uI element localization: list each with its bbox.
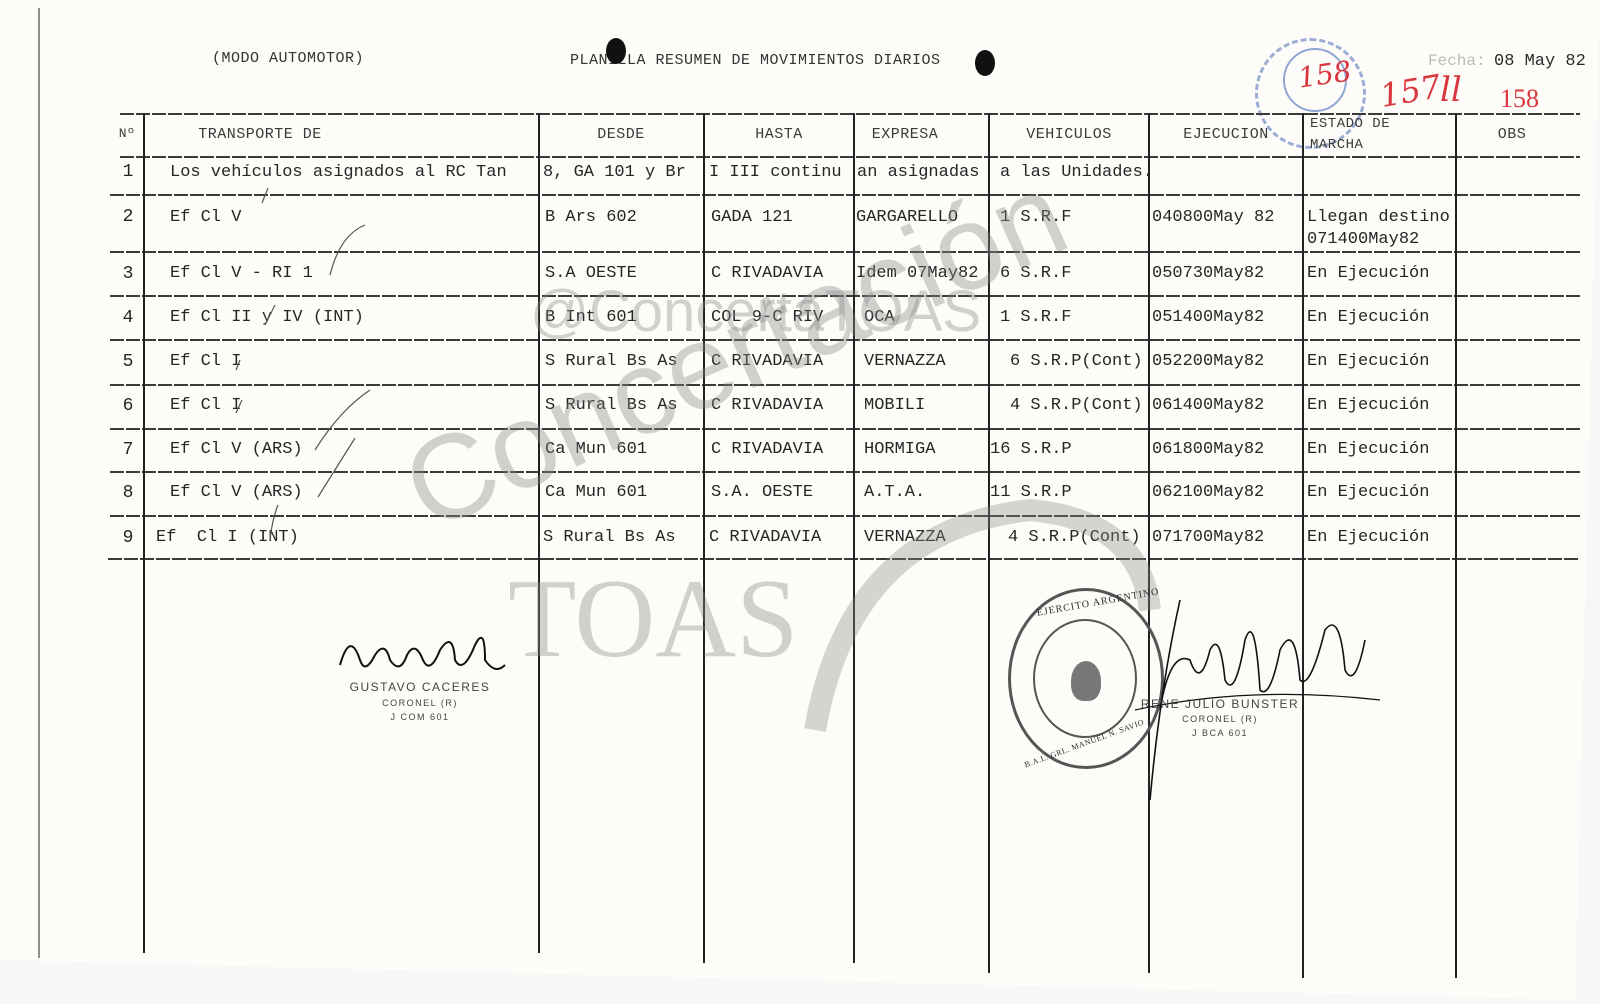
- cell-estado: En Ejecución: [1307, 308, 1429, 327]
- stamped-page-number: 158: [1500, 84, 1539, 114]
- column-divider: [143, 113, 145, 953]
- header-bottom-border: [120, 156, 1580, 158]
- cell-desde: S Rural Bs As: [543, 528, 676, 547]
- watermark-brand: TOAS: [508, 555, 798, 684]
- column-divider: [703, 113, 705, 963]
- coat-of-arms-icon: [1071, 661, 1101, 701]
- cell-ejecucion: 050730May82: [1152, 264, 1264, 283]
- cell-estado: En Ejecución: [1307, 264, 1429, 283]
- column-header-transporte: TRANSPORTE DE: [160, 126, 360, 143]
- column-header-desde: DESDE: [540, 126, 702, 143]
- row-number: 2: [114, 207, 142, 227]
- column-header-obs: OBS: [1457, 126, 1567, 143]
- row-number: 9: [114, 528, 142, 548]
- row-number: 1: [114, 162, 142, 182]
- handwritten-initials: ll: [1440, 70, 1462, 110]
- column-header-number: Nº: [112, 126, 142, 141]
- column-header-vehiculos: VEHICULOS: [990, 126, 1148, 143]
- handwritten-number: 157: [1377, 67, 1444, 115]
- signer-name: GUSTAVO CACERES: [340, 680, 500, 694]
- column-header-ejecucion: EJECUCION: [1150, 126, 1302, 143]
- row1-text-segment: I III continu: [709, 163, 842, 182]
- cell-estado-line2: 071400May82: [1307, 230, 1419, 249]
- mode-label: (MODO AUTOMOTOR): [212, 50, 364, 67]
- cell-vehiculos: 4 S.R.P(Cont): [1010, 396, 1143, 415]
- cell-vehiculos: 16 S.R.P: [990, 440, 1072, 459]
- cell-estado: En Ejecución: [1307, 483, 1429, 502]
- signer-rank: CORONEL (R): [1140, 714, 1300, 724]
- cell-ejecucion: 052200May82: [1152, 352, 1264, 371]
- cell-expresa: HORMIGA: [864, 440, 935, 459]
- column-header-expresa: EXPRESA: [855, 126, 955, 143]
- row-number: 3: [114, 264, 142, 284]
- cell-hasta: C RIVADAVIA: [711, 440, 823, 459]
- column-header-estado-line1: ESTADO DE: [1310, 116, 1450, 132]
- signer-name: RENE JULIO BUNSTER: [1140, 697, 1300, 711]
- column-divider: [1302, 113, 1304, 978]
- punch-hole: [606, 38, 626, 64]
- cell-estado: En Ejecución: [1307, 396, 1429, 415]
- cell-ejecucion: 061800May82: [1152, 440, 1264, 459]
- cell-hasta: GADA 121: [711, 208, 793, 227]
- cell-estado: Llegan destino: [1307, 208, 1450, 227]
- cell-ejecucion: 051400May82: [1152, 308, 1264, 327]
- row-number: 6: [114, 396, 142, 416]
- punch-hole: [975, 50, 995, 76]
- cell-vehiculos: 6 S.R.P(Cont): [1010, 352, 1143, 371]
- left-margin-line: [38, 8, 40, 958]
- column-header-hasta: HASTA: [705, 126, 853, 143]
- cell-vehiculos: 1 S.R.F: [1000, 308, 1071, 327]
- cell-ejecucion: 061400May82: [1152, 396, 1264, 415]
- cell-estado: En Ejecución: [1307, 440, 1429, 459]
- date-value: 08 May 82: [1494, 52, 1586, 71]
- column-divider: [1455, 113, 1457, 978]
- row1-text-segment: 8, GA 101 y Br: [543, 163, 686, 182]
- row-number: 8: [114, 483, 142, 503]
- cell-ejecucion: 040800May 82: [1152, 208, 1274, 227]
- row-number: 7: [114, 440, 142, 460]
- seal-inner-ring: [1033, 619, 1137, 738]
- row-number: 5: [114, 352, 142, 372]
- cell-desde: B Ars 602: [545, 208, 637, 227]
- table-top-border: [120, 113, 1580, 115]
- document-page: (MODO AUTOMOTOR) PLANILLA RESUMEN DE MOV…: [0, 0, 1600, 1004]
- column-header-estado-line2: MARCHA: [1310, 137, 1450, 153]
- cell-expresa: MOBILI: [864, 396, 925, 415]
- signer-unit: J COM 601: [340, 712, 500, 722]
- row-number: 4: [114, 308, 142, 328]
- cell-estado: En Ejecución: [1307, 528, 1429, 547]
- signer-unit: J BCA 601: [1140, 728, 1300, 738]
- signer-rank: CORONEL (R): [340, 698, 500, 708]
- cell-estado: En Ejecución: [1307, 352, 1429, 371]
